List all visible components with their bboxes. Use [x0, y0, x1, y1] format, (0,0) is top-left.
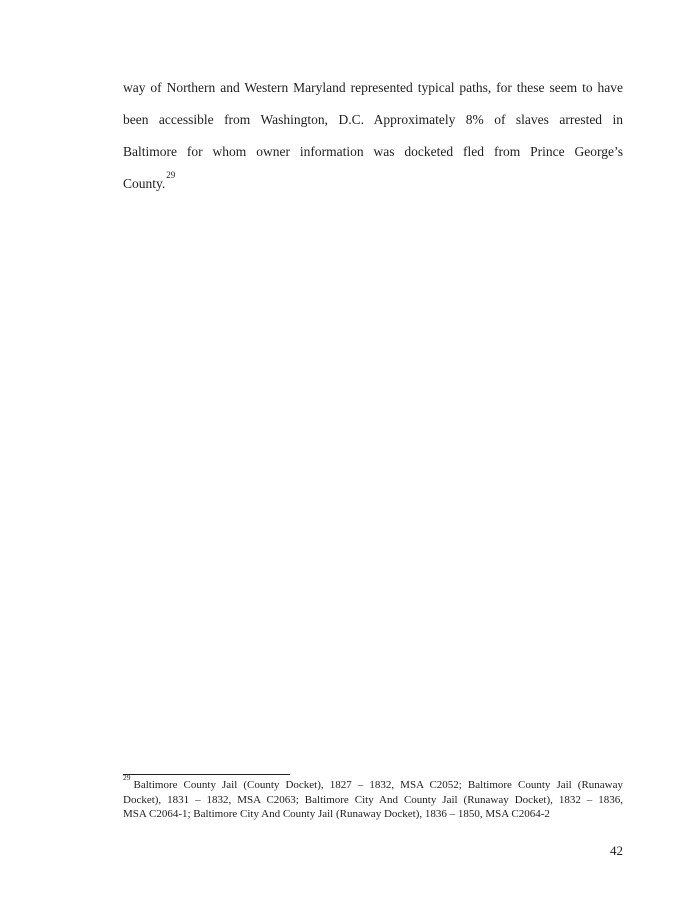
footnote-line: MSA C2064-1; Baltimore City And County J… — [123, 807, 623, 822]
body-line: Baltimore for whom owner information was… — [123, 136, 623, 168]
footnote-text: 29Baltimore County Jail (County Docket),… — [123, 778, 623, 822]
body-line: County.29 — [123, 168, 623, 200]
page-number: 42 — [123, 843, 623, 859]
footnote-reference: 29 — [166, 170, 175, 180]
footnote-line-text: Baltimore County Jail (County Docket), 1… — [134, 779, 624, 791]
footnote-line: Docket), 1831 – 1832, MSA C2063; Baltimo… — [123, 793, 623, 808]
footnote-marker: 29 — [123, 773, 131, 782]
footnote-separator — [123, 774, 290, 775]
footnote-line: 29Baltimore County Jail (County Docket),… — [123, 778, 623, 793]
body-line: been accessible from Washington, D.C. Ap… — [123, 104, 623, 136]
footnote: 29Baltimore County Jail (County Docket),… — [123, 774, 623, 822]
document-page: way of Northern and Western Maryland rep… — [0, 0, 700, 905]
body-line: way of Northern and Western Maryland rep… — [123, 72, 623, 104]
body-line-text: County. — [123, 176, 165, 191]
body-paragraph: way of Northern and Western Maryland rep… — [123, 72, 623, 200]
